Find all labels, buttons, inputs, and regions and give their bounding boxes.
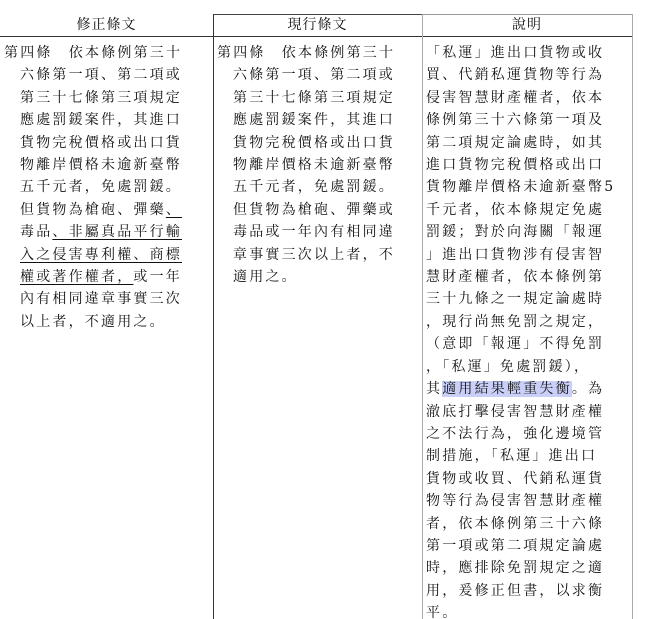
amended-insertion: 、 xyxy=(166,202,182,218)
header-amended: 修正條文 xyxy=(0,14,213,36)
amended-insertion: 入之侵害專利權、商標 xyxy=(20,247,182,263)
text-selection-highlight[interactable]: 適用結果輕重失衡 xyxy=(442,381,572,397)
amended-article-text: 第四條 依本條例第三十 六條第一項、第二項或 第三十七條第三項規定 應處罰鍰案件… xyxy=(4,42,210,333)
page-header-fragment: 一、修正第四條條文 xyxy=(20,0,320,5)
amended-insertion: 、非屬真品平行輸 xyxy=(52,224,182,240)
column-divider xyxy=(422,14,423,619)
header-explanation: 說明 xyxy=(422,14,632,36)
current-article-text: 第四條 依本條例第三十 六條第一項、第二項或 第三十七條第三項規定 應處罰鍰案件… xyxy=(217,42,420,288)
header-rule xyxy=(0,36,633,37)
comparison-table: 修正條文 現行條文 說明 第四條 依本條例第三十 六條第一項、第二項或 第三十七… xyxy=(0,14,633,619)
column-divider xyxy=(213,14,214,619)
amended-insertion: 權或著作權者， xyxy=(20,269,133,285)
explanation-text: 「私運」進出口貨物或收 買、代銷私運貨物等行為 侵害智慧財產權者，依本 條例第三… xyxy=(426,42,630,619)
column-divider xyxy=(632,14,633,619)
header-current: 現行條文 xyxy=(213,14,422,36)
